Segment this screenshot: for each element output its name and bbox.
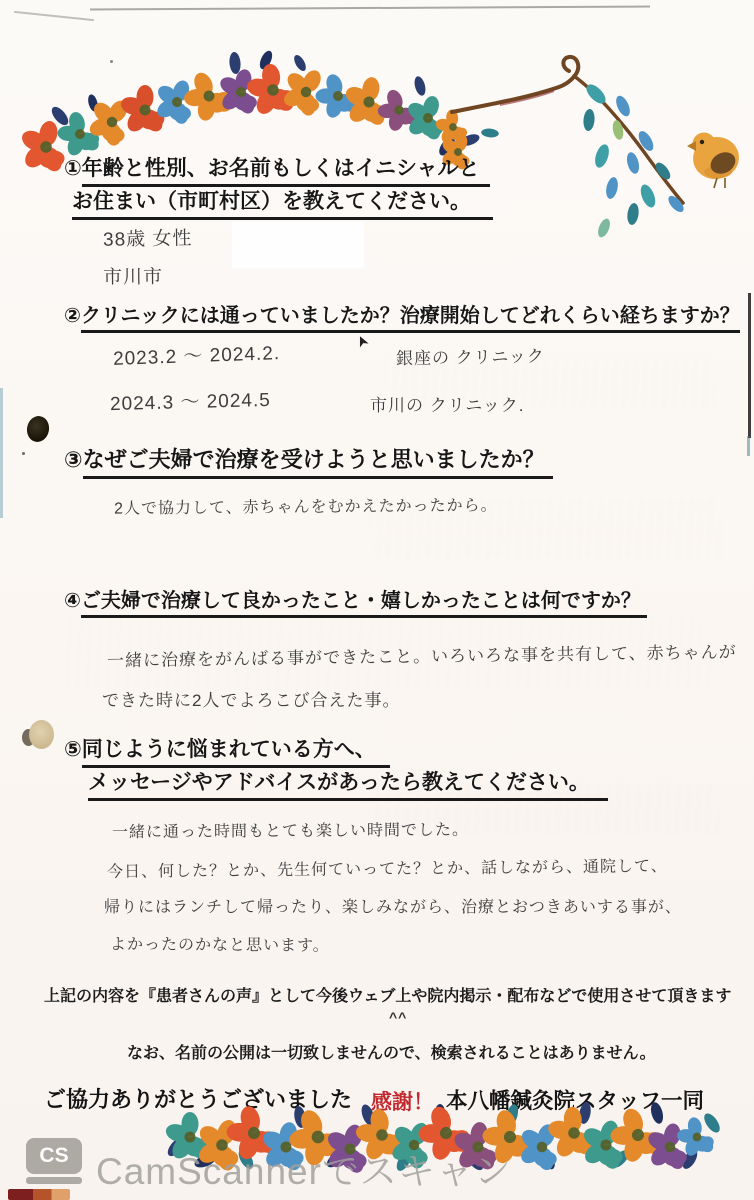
q5-answer-line1: 一緒に通った時間もとても楽しい時間でした。 (112, 817, 469, 842)
q2-answer-period-1: 2023.2 〜 2024.2. (113, 338, 281, 371)
scan-edge-line-top (90, 6, 650, 11)
q1-answer-age-gender: 38歳 女性 (103, 223, 193, 252)
usage-notice: 上記の内容を『患者さんの声』として今後ウェブ上や院内掲示・配布などで使用させて頂… (44, 983, 731, 1006)
question-3-text: なぜご夫婦で治療を受けようと思いましたか？ (83, 443, 553, 479)
q1-answer-city: 市川市 (103, 262, 163, 290)
q5-answer-line4: よかったのかなと思います。 (110, 931, 330, 956)
bird-icon (687, 133, 742, 189)
camscanner-badge-text: CS (39, 1144, 68, 1168)
question-4-text: ご夫婦で治療して良かったこと・嬉しかったことは何ですか？ (81, 584, 647, 618)
speck-dot-2 (22, 452, 25, 455)
question-5-number: ⑤ (64, 737, 82, 762)
q5-answer-line3: 帰りにはランチして帰ったり、楽しみながら、治療とおつきあいする事が、 (104, 894, 682, 917)
question-5-heading-line2: メッセージやアドバイスがあったら教えてください。 (88, 766, 608, 801)
q2-answer-clinic-2: 市川の クリニック. (370, 391, 524, 416)
q5-answer-line2: 今日、何した？とか、先生何ていってた？とか、話しながら、通院して、 (107, 853, 668, 882)
correction-tape (232, 222, 364, 268)
next-page-strip (8, 1189, 70, 1200)
gratitude-text: 感謝！ (371, 1086, 434, 1116)
question-2-heading: ②クリニックには通っていましたか？治療開始してどれくらい経ちますか？ (64, 299, 740, 333)
q4-answer-line2: できた時に2人でよろこび合えた事。 (102, 686, 400, 711)
question-5-text-line2: メッセージやアドバイスがあったら教えてください。 (88, 766, 608, 801)
q2-answer-arrow-mark: ➤ (351, 331, 373, 351)
question-1-number: ① (64, 156, 82, 181)
camscanner-badge-icon: CS (26, 1138, 82, 1184)
thanks-text: ご協力ありがとうございました (44, 1083, 352, 1114)
scan-edge-line-top-left (14, 11, 94, 21)
question-1-heading-line2: お住まい（市町村区）を教えてください。 (72, 185, 493, 220)
punch-hole-light (22, 720, 60, 752)
question-5-heading: ⑤同じように悩まれている方へ、 (64, 733, 390, 768)
question-2-number: ② (64, 303, 81, 328)
question-2-text: クリニックには通っていましたか？治療開始してどれくらい経ちますか？ (81, 299, 740, 333)
question-3-number: ③ (64, 447, 83, 473)
question-1-text-line1: 年齢と性別、お名前もしくはイニシャルと (82, 152, 490, 187)
clinic-signature: 本八幡鍼灸院スタッフ一同 (446, 1084, 704, 1115)
camscanner-watermark-text: CamScannerでスキャン (96, 1141, 512, 1195)
punch-hole-dark (25, 414, 51, 443)
speck-dot-1 (110, 60, 113, 63)
q3-answer: 2人で協力して、赤ちゃんをむかえたかったから。 (114, 492, 498, 518)
question-3-heading: ③なぜご夫婦で治療を受けようと思いましたか？ (64, 443, 553, 479)
question-5-text-line1: 同じように悩まれている方へ、 (82, 733, 390, 768)
question-4-heading: ④ご夫婦で治療して良かったこと・嬉しかったことは何ですか？ (64, 584, 647, 618)
q2-answer-period-2: 2024.3 〜 2024.5 (110, 385, 271, 416)
question-1-text-line2: お住まい（市町村区）を教えてください。 (72, 185, 493, 220)
emoticon-mark: ^^ (389, 1009, 407, 1025)
question-4-number: ④ (64, 588, 81, 613)
q2-answer-clinic-1: 銀座の クリニック (396, 342, 545, 370)
scan-edge-line-right (748, 293, 751, 438)
privacy-notice: なお、名前の公開は一切致しませんので、検索されることはありません。 (127, 1040, 656, 1063)
scanned-questionnaire-page: ①年齢と性別、お名前もしくはイニシャルと お住まい（市町村区）を教えてください。… (0, 0, 754, 1200)
question-1-heading: ①年齢と性別、お名前もしくはイニシャルと (64, 152, 490, 187)
scan-edge-line-left (0, 388, 3, 518)
scan-edge-line-right-faint (747, 436, 750, 456)
